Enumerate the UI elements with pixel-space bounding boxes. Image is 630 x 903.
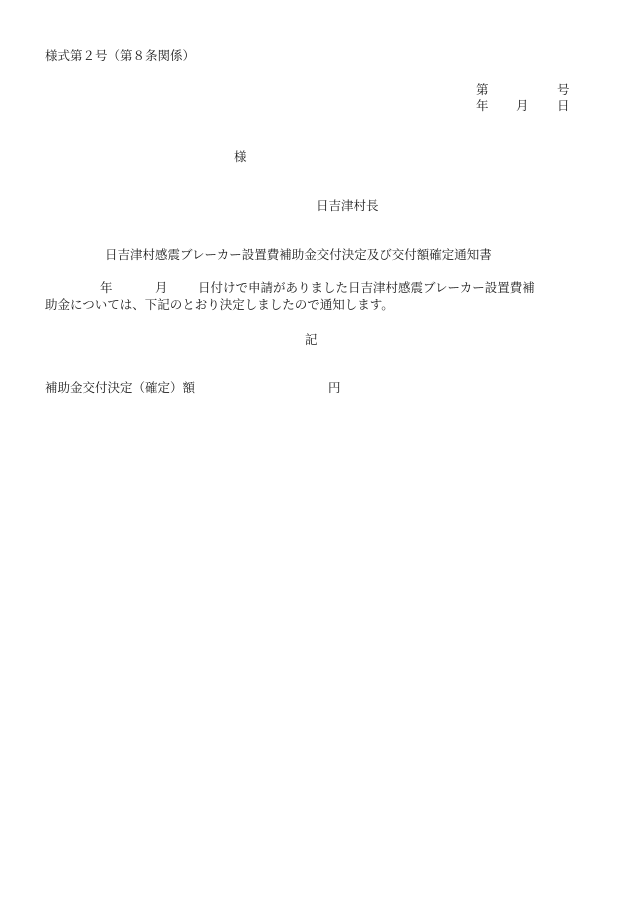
body-month: 月 xyxy=(155,282,168,295)
date-month: 月 xyxy=(516,100,529,113)
document-title: 日吉津村感震ブレーカー設置費補助金交付決定及び交付額確定通知書 xyxy=(105,249,492,262)
number-suffix: 号 xyxy=(557,84,570,97)
issuer: 日吉津村長 xyxy=(316,200,379,213)
form-label: 様式第２号（第８条関係） xyxy=(45,50,195,63)
date-year: 年 xyxy=(476,100,489,113)
body-line1: 日付けで申請がありました日吉津村感震ブレーカー設置費補 xyxy=(198,282,535,295)
body-year: 年 xyxy=(100,282,113,295)
body-line2: 助金については、下記のとおり決定しましたので通知します。 xyxy=(45,299,394,312)
amount-label: 補助金交付決定（確定）額 xyxy=(45,382,195,395)
amount-unit: 円 xyxy=(328,382,341,395)
addressee-suffix: 様 xyxy=(234,151,247,164)
number-prefix: 第 xyxy=(476,84,489,97)
date-day: 日 xyxy=(557,100,570,113)
ki-heading: 記 xyxy=(305,334,318,347)
